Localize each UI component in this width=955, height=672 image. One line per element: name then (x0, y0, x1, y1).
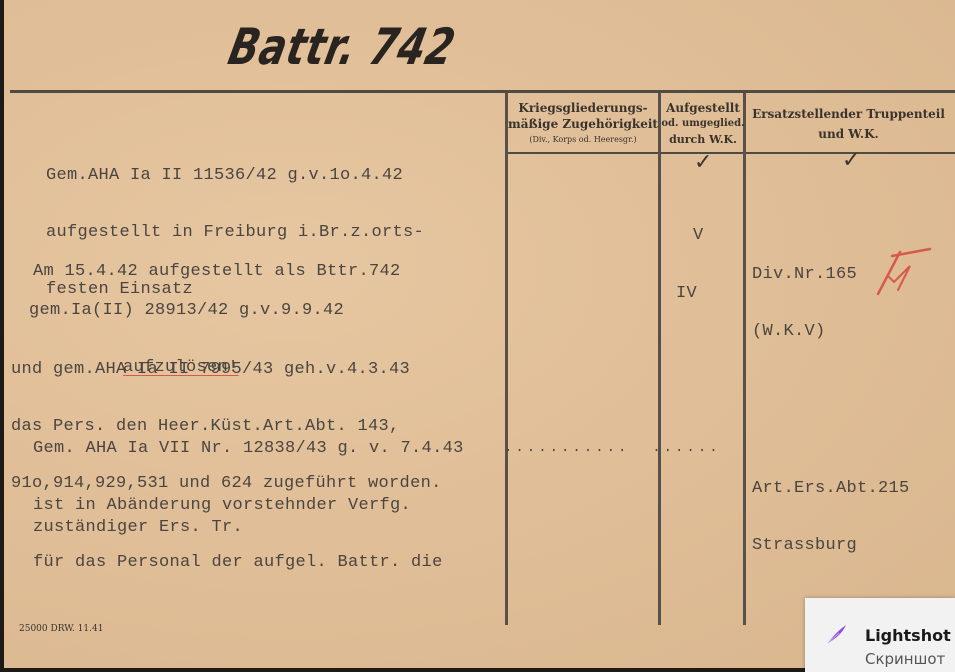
column-header-affiliation: Kriegsgliederungs- mäßige Zugehörigkeit … (508, 100, 658, 148)
top-rule (10, 90, 955, 93)
column-header-formed-by: Aufgestellt od. umgeglied. durch W.K. (661, 100, 745, 148)
print-footer: 25000 DRW. 11.41 (19, 624, 103, 634)
index-card: Battr. 742 Kriegsgliederungs- mäßige Zug… (4, 0, 955, 668)
checkmark-icon: ✓ (842, 148, 860, 173)
checkmark-icon: ✓ (694, 150, 712, 175)
lightshot-notification[interactable]: Lightshot Скриншот (805, 598, 955, 672)
column-divider-3 (743, 93, 746, 625)
entry-col2-v: V (693, 226, 704, 245)
red-pencil-initial-icon (870, 246, 936, 298)
column-divider-2 (658, 93, 661, 625)
header-rule (506, 152, 955, 154)
lightshot-subtitle: Скриншот (865, 650, 945, 668)
lightshot-app-name: Lightshot (865, 626, 951, 645)
leader-dots: ........... ...... (504, 440, 721, 456)
entry-col3-replacement: Art.Ers.Abt.215 Strassburg (752, 441, 910, 593)
column-divider-1 (505, 93, 508, 625)
entry-col2-iv: IV (676, 284, 697, 303)
entry-col3-division: Div.Nr.165 (W.K.V) (752, 227, 857, 379)
handwritten-title: Battr. 742 (224, 18, 461, 76)
entry-responsible-unit: zuständiger Ers. Tr. (33, 480, 243, 575)
column-header-replacement-unit: Ersatzstellender Truppenteil und W.K. (746, 104, 951, 144)
feather-icon (825, 622, 849, 646)
